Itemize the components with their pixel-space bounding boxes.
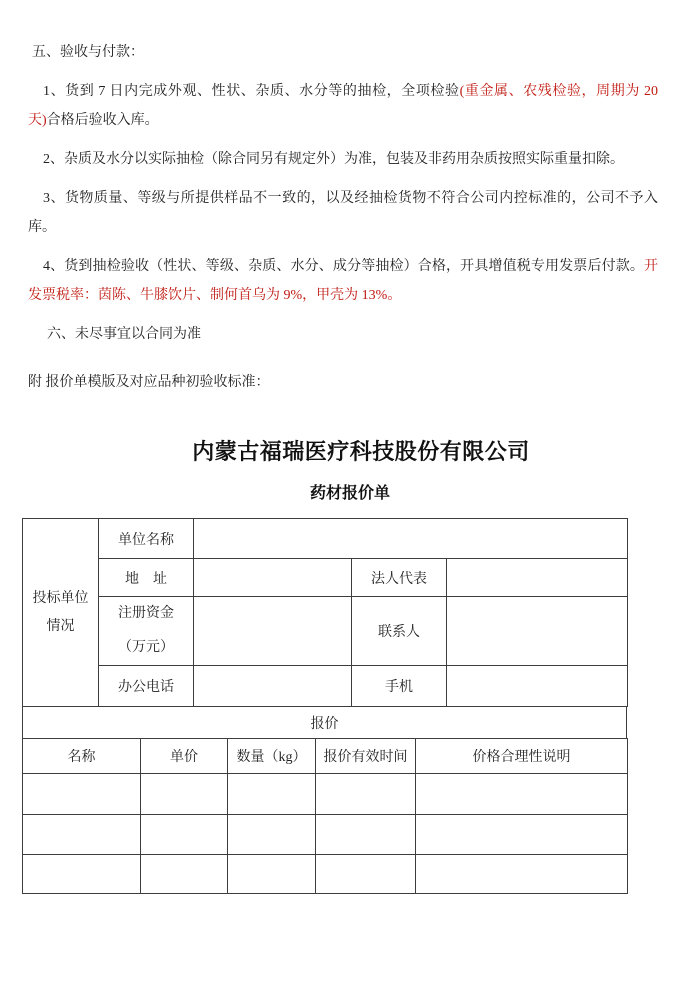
table-row [23,815,628,855]
col-header-valid-time: 报价有效时间 [316,739,416,774]
text-line: 4、货到抽检验收（性状、等级、杂质、水分、成分等抽检）合格，开具增值税专用发票后… [28,252,658,281]
table-row [23,774,628,815]
mobile-value-cell [447,666,628,707]
address-value-cell [194,559,352,597]
table-header-row: 名称 单价 数量（kg） 报价有效时间 价格合理性说明 [23,739,628,774]
quotation-table: 投标单位 情况 单位名称 地 址 法人代表 注册资金 （万元） 联系人 [22,518,627,894]
unit-name-label-cell: 单位名称 [99,519,194,559]
clause-text-red: 天) [28,113,47,128]
quote-items-table: 名称 单价 数量（kg） 报价有效时间 价格合理性说明 [22,738,628,894]
text-line: 2、杂质及水分以实际抽检（除合同另有规定外）为准，包装及非药用杂质按照实际重量扣… [28,145,658,174]
item-cell [316,855,416,894]
text-line: 附 报价单模版及对应品种初验收标准： [28,368,658,397]
mobile-label-cell: 手机 [352,666,447,707]
col-header-unit-price: 单价 [141,739,228,774]
item-cell [23,815,141,855]
quote-section-label-cell: 报价 [23,707,627,739]
bidder-section-label-cell: 投标单位 情况 [23,519,99,707]
item-cell [416,774,628,815]
item-cell [141,774,228,815]
clause-6: 六、未尽事宜以合同为准 [28,320,658,349]
clause-text: 1、货到 7 日内完成外观、性状、杂质、水分等的抽检，全项检验 [43,84,460,99]
contact-value-cell [447,597,628,666]
office-phone-label-cell: 办公电话 [99,666,194,707]
company-title: 内蒙古福瑞医疗科技股份有限公司 [0,437,700,467]
text-line: 发票税率：茵陈、牛膝饮片、制何首乌为 9%，甲壳为 13%。 [28,281,658,310]
clause-text-red: 发票税率：茵陈、牛膝饮片、制何首乌为 9%，甲壳为 13%。 [28,288,401,303]
office-phone-value-cell [194,666,352,707]
terms-section: 五、验收与付款： 1、货到 7 日内完成外观、性状、杂质、水分等的抽检，全项检验… [28,38,658,397]
legal-rep-value-cell [447,559,628,597]
item-cell [23,774,141,815]
attachment-note: 附 报价单模版及对应品种初验收标准： [28,368,658,397]
item-cell [141,855,228,894]
clause-4: 4、货到抽检验收（性状、等级、杂质、水分、成分等抽检）合格，开具增值税专用发票后… [28,252,658,310]
legal-rep-label-cell: 法人代表 [352,559,447,597]
clause-text: 2、杂质及水分以实际抽检（除合同另有规定外）为准，包装及非药用杂质按照实际重量扣… [43,152,624,167]
text-line: 3、货物质量、等级与所提供样品不一致的，以及经抽检货物不符合公司内控标准的，公司… [28,184,658,213]
clause-text: 合格后验收入库。 [47,113,159,128]
text-line: 六、未尽事宜以合同为准 [28,320,658,349]
clause-text-red: (重金属、农残检验，周期为 20 [460,84,658,99]
address-label-cell: 地 址 [99,559,194,597]
item-cell [416,815,628,855]
table-row: 地 址 法人代表 [23,559,628,597]
clause-text: 3、货物质量、等级与所提供样品不一致的，以及经抽检货物不符合公司内控标准的，公司… [43,191,658,206]
text-line: 天)合格后验收入库。 [28,106,658,135]
item-cell [228,815,316,855]
item-cell [141,815,228,855]
form-title: 药材报价单 [0,483,700,505]
quote-section-header-table: 报价 [22,706,627,739]
col-header-name: 名称 [23,739,141,774]
table-row: 投标单位 情况 单位名称 [23,519,628,559]
clause-text-red: 开 [644,259,658,274]
item-cell [316,815,416,855]
item-cell [228,774,316,815]
unit-name-value-cell [194,519,628,559]
clause-text: 4、货到抽检验收（性状、等级、杂质、水分、成分等抽检）合格，开具增值税专用发票后… [43,259,644,274]
clause-text: 库。 [28,220,56,235]
item-cell [416,855,628,894]
terms-heading: 五、验收与付款： [28,38,658,67]
clause-3: 3、货物质量、等级与所提供样品不一致的，以及经抽检货物不符合公司内控标准的，公司… [28,184,658,242]
heading-text: 五、验收与付款： [32,45,144,60]
col-header-price-rationale: 价格合理性说明 [416,739,628,774]
text-line: 五、验收与付款： [28,38,658,67]
bidder-info-table: 投标单位 情况 单位名称 地 址 法人代表 注册资金 （万元） 联系人 [22,518,628,707]
table-row [23,855,628,894]
contact-label-cell: 联系人 [352,597,447,666]
table-row: 注册资金 （万元） 联系人 [23,597,628,666]
text-line: 库。 [28,213,658,242]
clause-2: 2、杂质及水分以实际抽检（除合同另有规定外）为准，包装及非药用杂质按照实际重量扣… [28,145,658,174]
attachment-note-text: 附 报价单模版及对应品种初验收标准： [28,375,270,390]
registered-capital-value-cell [194,597,352,666]
document-page: 五、验收与付款： 1、货到 7 日内完成外观、性状、杂质、水分等的抽检，全项检验… [0,0,700,990]
text-line: 1、货到 7 日内完成外观、性状、杂质、水分等的抽检，全项检验(重金属、农残检验… [28,77,658,106]
registered-capital-label-cell: 注册资金 （万元） [99,597,194,666]
item-cell [316,774,416,815]
item-cell [23,855,141,894]
col-header-quantity: 数量（kg） [228,739,316,774]
table-row: 办公电话 手机 [23,666,628,707]
item-cell [228,855,316,894]
clause-text: 六、未尽事宜以合同为准 [47,327,201,342]
clause-1: 1、货到 7 日内完成外观、性状、杂质、水分等的抽检，全项检验(重金属、农残检验… [28,77,658,135]
table-row: 报价 [23,707,627,739]
